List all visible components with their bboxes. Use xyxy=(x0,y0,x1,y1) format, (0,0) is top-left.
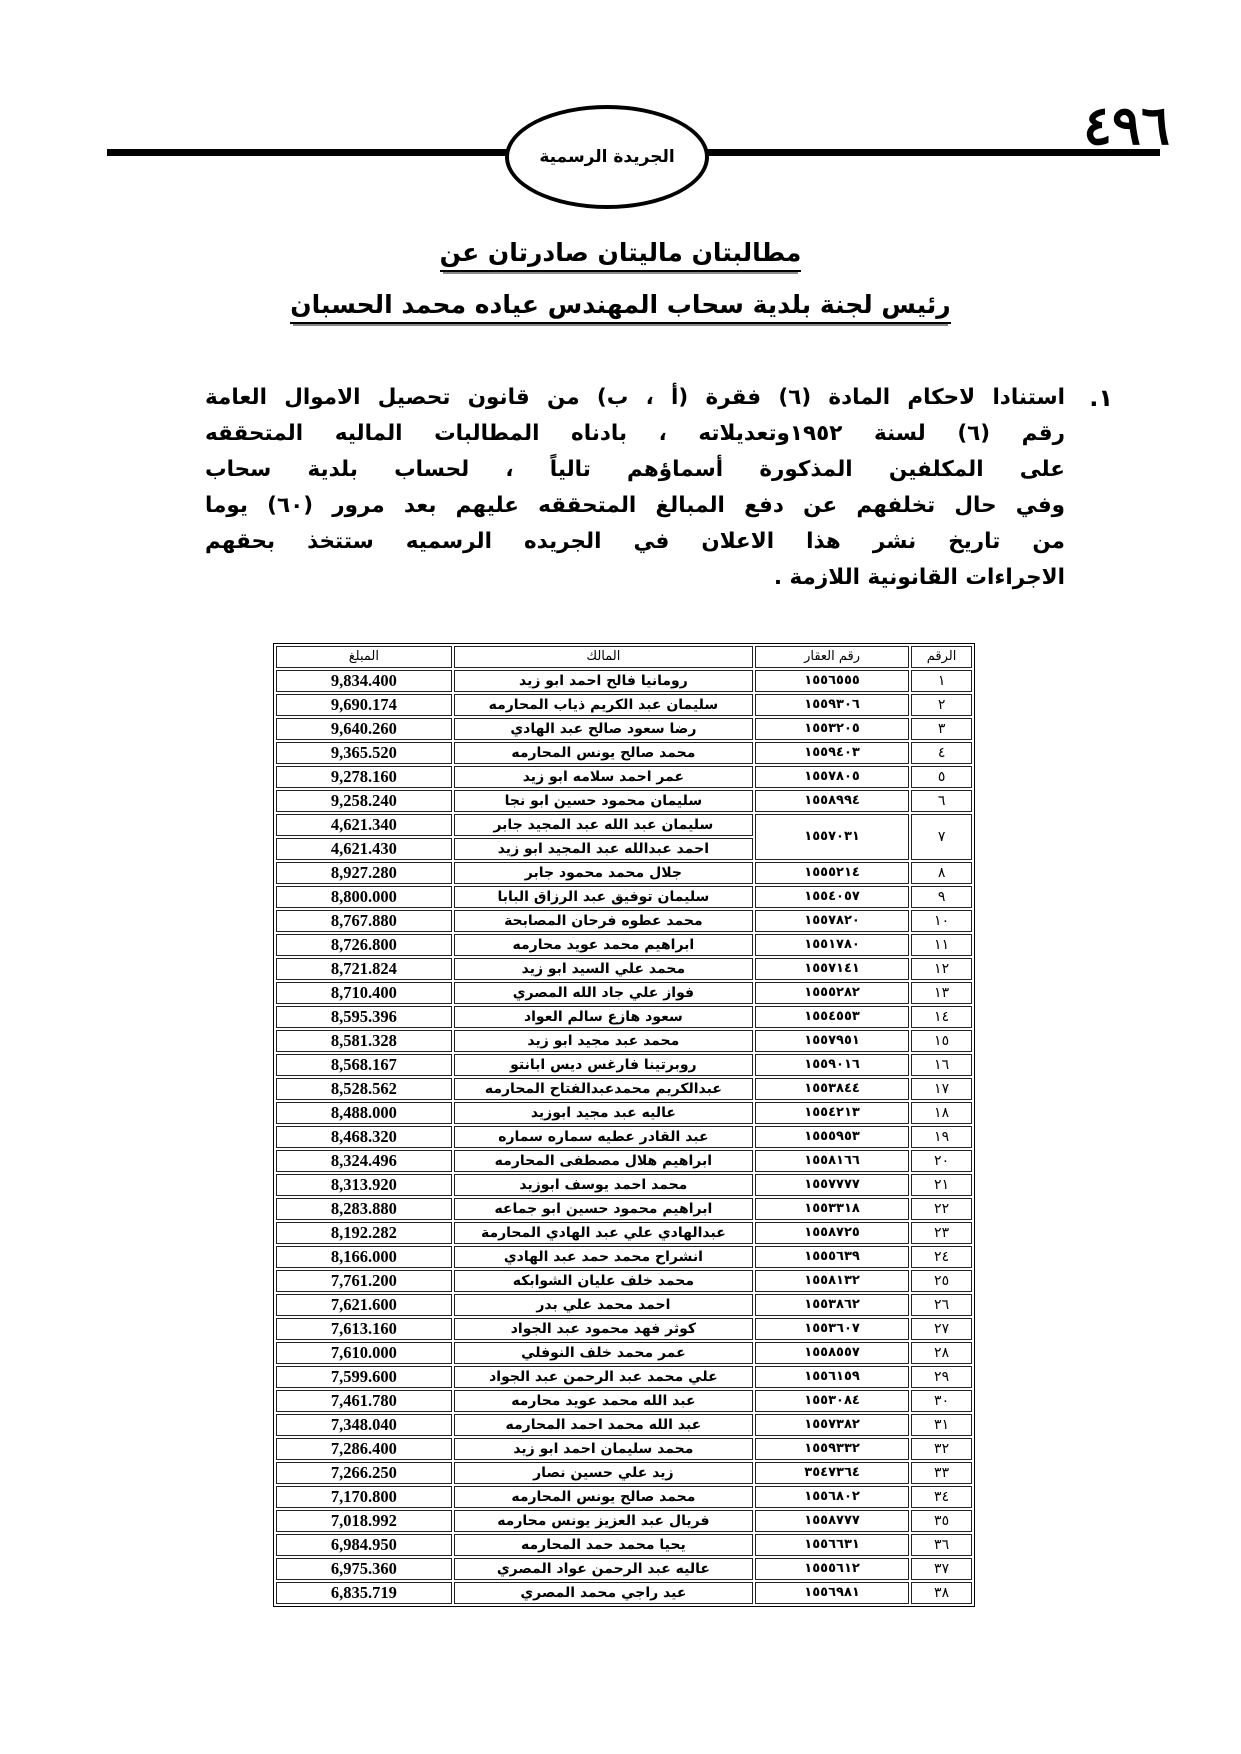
cell-amount: 8,192.282 xyxy=(276,1222,452,1244)
cell-parcel-number: ١٥٥٣٠٨٤ xyxy=(755,1390,909,1412)
table-row: ١١٥٥٦٥٥٥رومانيا فالح احمد ابو زيد9,834.4… xyxy=(276,670,972,692)
table-row: ٣٨١٥٥٦٩٨١عيد راجي محمد المصري6,835.719 xyxy=(276,1582,972,1604)
cell-index: ٣٢ xyxy=(911,1438,972,1460)
gazette-header-badge: الجريدة الرسمية xyxy=(505,105,709,209)
cell-parcel-number: ١٥٥٨١٦٦ xyxy=(755,1150,909,1172)
table-row: ٢٣١٥٥٨٧٢٥عبدالهادي علي عبد الهادي المحار… xyxy=(276,1222,972,1244)
cell-index: ١٢ xyxy=(911,958,972,980)
cell-owner: محمد سليمان احمد ابو زيد xyxy=(454,1438,753,1460)
cell-parcel-number: ١٥٥٨٩٩٤ xyxy=(755,790,909,812)
cell-owner: رومانيا فالح احمد ابو زيد xyxy=(454,670,753,692)
cell-parcel-number: ١٥٥٥٦٣٩ xyxy=(755,1246,909,1268)
cell-parcel-number: ١٥٥٥٦١٢ xyxy=(755,1558,909,1580)
claims-table: الرقم رقم العقار المالك المبلغ ١١٥٥٦٥٥٥ر… xyxy=(273,643,975,1607)
cell-amount: 7,266.250 xyxy=(276,1462,452,1484)
table-row: ٣٢١٥٥٩٣٣٢محمد سليمان احمد ابو زيد7,286.4… xyxy=(276,1438,972,1460)
table-row: ١٢١٥٥٧١٤١محمد علي السيد ابو زيد8,721.824 xyxy=(276,958,972,980)
cell-index: ١٤ xyxy=(911,1006,972,1028)
title-line-2: رئيس لجنة بلدية سحاب المهندس عياده محمد … xyxy=(290,290,950,324)
cell-amount: 8,488.000 xyxy=(276,1102,452,1124)
cell-parcel-number: ١٥٥٦٦٣١ xyxy=(755,1534,909,1556)
cell-parcel-number: ١٥٥٣٣١٨ xyxy=(755,1198,909,1220)
cell-amount: 7,461.780 xyxy=(276,1390,452,1412)
cell-amount: 7,018.992 xyxy=(276,1510,452,1532)
cell-amount: 4,621.430 xyxy=(276,838,452,860)
cell-index: ٣٥ xyxy=(911,1510,972,1532)
claims-table-body: ١١٥٥٦٥٥٥رومانيا فالح احمد ابو زيد9,834.4… xyxy=(276,670,972,1604)
cell-amount: 8,568.167 xyxy=(276,1054,452,1076)
cell-parcel-number: ١٥٥٧٣٨٢ xyxy=(755,1414,909,1436)
cell-index: ٥ xyxy=(911,766,972,788)
cell-index: ٢١ xyxy=(911,1174,972,1196)
cell-amount: 7,348.040 xyxy=(276,1414,452,1436)
cell-amount: 8,927.280 xyxy=(276,862,452,884)
cell-index: ٣٦ xyxy=(911,1534,972,1556)
cell-index: ١٧ xyxy=(911,1078,972,1100)
cell-amount: 8,313.920 xyxy=(276,1174,452,1196)
table-row: ١٤١٥٥٤٥٥٣سعود هازع سالم العواد8,595.396 xyxy=(276,1006,972,1028)
table-row: ٣٣٣٥٤٧٣٦٤زيد علي حسين نصار7,266.250 xyxy=(276,1462,972,1484)
table-row: ٢٦١٥٥٣٨٦٢احمد محمد علي بدر7,621.600 xyxy=(276,1294,972,1316)
cell-index: ٣٨ xyxy=(911,1582,972,1604)
cell-index: ٢٤ xyxy=(911,1246,972,1268)
table-row: ٢٧١٥٥٣٦٠٧كوثر فهد محمود عبد الجواد7,613.… xyxy=(276,1318,972,1340)
cell-index: ٢٩ xyxy=(911,1366,972,1388)
table-row: ٣٤١٥٥٦٨٠٢محمد صالح يونس المحارمه7,170.80… xyxy=(276,1486,972,1508)
cell-amount: 9,258.240 xyxy=(276,790,452,812)
cell-owner: ابراهيم محمد عويد محارمه xyxy=(454,934,753,956)
cell-parcel-number: ١٥٥٥٩٥٣ xyxy=(755,1126,909,1148)
cell-parcel-number: ١٥٥٥٢٨٢ xyxy=(755,982,909,1004)
cell-parcel-number: ١٥٥٤٢١٣ xyxy=(755,1102,909,1124)
cell-parcel-number: ١٥٥٦١٥٩ xyxy=(755,1366,909,1388)
cell-owner: عبد الله محمد احمد المحارمه xyxy=(454,1414,753,1436)
table-row: ٣٧١٥٥٥٦١٢عاليه عبد الرحمن عواد المصري6,9… xyxy=(276,1558,972,1580)
cell-amount: 8,721.824 xyxy=(276,958,452,980)
table-row: ٢٥١٥٥٨١٣٢محمد خلف عليان الشوابكه7,761.20… xyxy=(276,1270,972,1292)
gazette-header-label: الجريدة الرسمية xyxy=(539,147,674,167)
cell-parcel-number: ١٥٥٥٢١٤ xyxy=(755,862,909,884)
paragraph-number: ١. xyxy=(1089,380,1113,416)
table-row: ٢٨١٥٥٨٥٥٧عمر محمد خلف النوفلي7,610.000 xyxy=(276,1342,972,1364)
cell-owner: عيد راجي محمد المصري xyxy=(454,1582,753,1604)
cell-parcel-number: ١٥٥٧٩٥١ xyxy=(755,1030,909,1052)
cell-index: ٦ xyxy=(911,790,972,812)
cell-amount: 8,726.800 xyxy=(276,934,452,956)
cell-amount: 8,710.400 xyxy=(276,982,452,1004)
cell-index: ١٣ xyxy=(911,982,972,1004)
cell-owner: محمد احمد يوسف ابوزيد xyxy=(454,1174,753,1196)
cell-amount: 7,761.200 xyxy=(276,1270,452,1292)
cell-index: ٣٤ xyxy=(911,1486,972,1508)
table-row: ١٦١٥٥٩٠١٦روبرتينا فارغس ديس ابانتو8,568.… xyxy=(276,1054,972,1076)
cell-parcel-number: ١٥٥٣٨٤٤ xyxy=(755,1078,909,1100)
table-row: ٢١٥٥٩٣٠٦سليمان عبد الكريم ذياب المحارمه9… xyxy=(276,694,972,716)
cell-parcel-number: ١٥٥٨٥٥٧ xyxy=(755,1342,909,1364)
cell-index: ٢٦ xyxy=(911,1294,972,1316)
cell-parcel-number: ١٥٥٨١٣٢ xyxy=(755,1270,909,1292)
cell-parcel-number: ١٥٥٧٠٣١ xyxy=(755,814,909,860)
cell-owner: عبد القادر عطيه سماره سماره xyxy=(454,1126,753,1148)
cell-parcel-number: ١٥٥٧٨٢٠ xyxy=(755,910,909,932)
cell-owner: سليمان توفيق عبد الرزاق البابا xyxy=(454,886,753,908)
table-row: ٢١١٥٥٧٧٧٧محمد احمد يوسف ابوزيد8,313.920 xyxy=(276,1174,972,1196)
cell-index: ٨ xyxy=(911,862,972,884)
cell-owner: محمد خلف عليان الشوابكه xyxy=(454,1270,753,1292)
cell-index: ٣٣ xyxy=(911,1462,972,1484)
cell-owner: سليمان عبد الله عبد المجيد جابر xyxy=(454,814,753,836)
table-row: ٣٠١٥٥٣٠٨٤عبد الله محمد عويد محارمه7,461.… xyxy=(276,1390,972,1412)
cell-amount: 8,595.396 xyxy=(276,1006,452,1028)
cell-parcel-number: ١٥٥٩٠١٦ xyxy=(755,1054,909,1076)
cell-parcel-number: ١٥٥٩٣٠٦ xyxy=(755,694,909,716)
cell-amount: 8,800.000 xyxy=(276,886,452,908)
cell-index: ٤ xyxy=(911,742,972,764)
cell-owner: محمد عطوه فرحان المصابحة xyxy=(454,910,753,932)
cell-owner: رضا سعود صالح عبد الهادي xyxy=(454,718,753,740)
cell-amount: 9,365.520 xyxy=(276,742,452,764)
cell-index: ٣ xyxy=(911,718,972,740)
cell-owner: عبد الله محمد عويد محارمه xyxy=(454,1390,753,1412)
table-row: ٣٦١٥٥٦٦٣١يحيا محمد حمد المحارمه6,984.950 xyxy=(276,1534,972,1556)
paragraph-line: وفي حال تخلفهم عن دفع المبالغ المتحققه ع… xyxy=(205,488,1065,524)
paragraph-line: الاجراءات القانونية اللازمة . xyxy=(205,560,1065,596)
cell-owner: ابراهيم محمود حسين ابو جماعه xyxy=(454,1198,753,1220)
cell-parcel-number: ١٥٥٣٢٠٥ xyxy=(755,718,909,740)
cell-parcel-number: ١٥٥٩٤٠٣ xyxy=(755,742,909,764)
header-owner: المالك xyxy=(454,646,753,668)
table-row: ٤١٥٥٩٤٠٣محمد صالح يونس المحارمه9,365.520 xyxy=(276,742,972,764)
header-index: الرقم xyxy=(911,646,972,668)
cell-owner: يحيا محمد حمد المحارمه xyxy=(454,1534,753,1556)
cell-index: ١٨ xyxy=(911,1102,972,1124)
cell-owner: عبدالهادي علي عبد الهادي المحارمة xyxy=(454,1222,753,1244)
cell-amount: 4,621.340 xyxy=(276,814,452,836)
cell-amount: 9,640.260 xyxy=(276,718,452,740)
cell-parcel-number: ٣٥٤٧٣٦٤ xyxy=(755,1462,909,1484)
cell-owner: عاليه عبد مجيد ابوزيد xyxy=(454,1102,753,1124)
table-row: ١٥١٥٥٧٩٥١محمد عبد مجيد ابو زيد8,581.328 xyxy=(276,1030,972,1052)
cell-index: ٩ xyxy=(911,886,972,908)
table-row: ٢٢١٥٥٣٣١٨ابراهيم محمود حسين ابو جماعه8,2… xyxy=(276,1198,972,1220)
table-header-row: الرقم رقم العقار المالك المبلغ xyxy=(276,646,972,668)
cell-index: ١ xyxy=(911,670,972,692)
cell-index: ٧ xyxy=(911,814,972,860)
cell-amount: 8,528.562 xyxy=(276,1078,452,1100)
cell-parcel-number: ١٥٥٤٠٥٧ xyxy=(755,886,909,908)
cell-index: ٢٢ xyxy=(911,1198,972,1220)
cell-owner: عبدالكريم محمدعبدالفتاح المحارمه xyxy=(454,1078,753,1100)
cell-parcel-number: ١٥٥٤٥٥٣ xyxy=(755,1006,909,1028)
cell-owner: سليمان عبد الكريم ذياب المحارمه xyxy=(454,694,753,716)
cell-owner: محمد صالح يونس المحارمه xyxy=(454,742,753,764)
cell-owner: محمد صالح يونس المحارمه xyxy=(454,1486,753,1508)
cell-amount: 6,984.950 xyxy=(276,1534,452,1556)
cell-owner: ابراهيم هلال مصطفى المحارمه xyxy=(454,1150,753,1172)
cell-parcel-number: ١٥٥٨٧٧٧ xyxy=(755,1510,909,1532)
cell-owner: احمد عبدالله عبد المجيد ابو زيد xyxy=(454,838,753,860)
cell-owner: روبرتينا فارغس ديس ابانتو xyxy=(454,1054,753,1076)
cell-index: ٢٥ xyxy=(911,1270,972,1292)
table-row: ٧١٥٥٧٠٣١سليمان عبد الله عبد المجيد جابر4… xyxy=(276,814,972,836)
cell-index: ٢٠ xyxy=(911,1150,972,1172)
paragraph-line: من تاريخ نشر هذا الاعلان في الجريده الرس… xyxy=(205,524,1065,560)
header-parcel: رقم العقار xyxy=(755,646,909,668)
cell-owner: فواز علي جاد الله المصري xyxy=(454,982,753,1004)
cell-amount: 6,835.719 xyxy=(276,1582,452,1604)
cell-index: ٣١ xyxy=(911,1414,972,1436)
cell-amount: 8,166.000 xyxy=(276,1246,452,1268)
cell-amount: 8,581.328 xyxy=(276,1030,452,1052)
cell-index: ٣٧ xyxy=(911,1558,972,1580)
cell-parcel-number: ١٥٥٦٨٠٢ xyxy=(755,1486,909,1508)
table-row: ١٩١٥٥٥٩٥٣عبد القادر عطيه سماره سماره8,46… xyxy=(276,1126,972,1148)
cell-owner: علي محمد عبد الرحمن عبد الجواد xyxy=(454,1366,753,1388)
cell-owner: عاليه عبد الرحمن عواد المصري xyxy=(454,1558,753,1580)
paragraph-line: على المكلفين المذكورة أسماؤهم تالياً ، ل… xyxy=(205,452,1065,488)
table-row: ٨١٥٥٥٢١٤جلال محمد محمود جابر8,927.280 xyxy=(276,862,972,884)
cell-parcel-number: ١٥٥٦٥٥٥ xyxy=(755,670,909,692)
cell-owner: عمر احمد سلامه ابو زيد xyxy=(454,766,753,788)
cell-amount: 6,975.360 xyxy=(276,1558,452,1580)
cell-index: ١٠ xyxy=(911,910,972,932)
cell-amount: 7,621.600 xyxy=(276,1294,452,1316)
cell-amount: 8,767.880 xyxy=(276,910,452,932)
cell-index: ١٩ xyxy=(911,1126,972,1148)
cell-index: ١٦ xyxy=(911,1054,972,1076)
cell-parcel-number: ١٥٥٨٧٢٥ xyxy=(755,1222,909,1244)
table-row: ١٣١٥٥٥٢٨٢فواز علي جاد الله المصري8,710.4… xyxy=(276,982,972,1004)
table-row: ٥١٥٥٧٨٠٥عمر احمد سلامه ابو زيد9,278.160 xyxy=(276,766,972,788)
table-row: ١٠١٥٥٧٨٢٠محمد عطوه فرحان المصابحة8,767.8… xyxy=(276,910,972,932)
notice-paragraph: ١. استنادا لاحكام المادة (٦) فقرة (أ ، ب… xyxy=(205,380,1065,596)
table-row: ١٨١٥٥٤٢١٣عاليه عبد مجيد ابوزيد8,488.000 xyxy=(276,1102,972,1124)
table-row: ٢٠١٥٥٨١٦٦ابراهيم هلال مصطفى المحارمه8,32… xyxy=(276,1150,972,1172)
paragraph-line: رقم (٦) لسنة ١٩٥٢وتعديلاته ، بادناه المط… xyxy=(205,416,1065,452)
cell-owner: سليمان محمود حسين ابو نجا xyxy=(454,790,753,812)
cell-owner: عمر محمد خلف النوفلي xyxy=(454,1342,753,1364)
cell-parcel-number: ١٥٥٩٣٣٢ xyxy=(755,1438,909,1460)
cell-amount: 7,286.400 xyxy=(276,1438,452,1460)
cell-amount: 7,610.000 xyxy=(276,1342,452,1364)
document-title: مطالبتان ماليتان صادرتان عن xyxy=(0,238,1241,267)
cell-amount: 7,599.600 xyxy=(276,1366,452,1388)
document-subtitle: رئيس لجنة بلدية سحاب المهندس عياده محمد … xyxy=(0,290,1241,319)
cell-owner: زيد علي حسين نصار xyxy=(454,1462,753,1484)
cell-parcel-number: ١٥٥٧١٤١ xyxy=(755,958,909,980)
cell-index: ٢ xyxy=(911,694,972,716)
cell-index: ٢٣ xyxy=(911,1222,972,1244)
cell-index: ١١ xyxy=(911,934,972,956)
table-row: ٣١١٥٥٧٣٨٢عبد الله محمد احمد المحارمه7,34… xyxy=(276,1414,972,1436)
page-number: ٤٩٦ xyxy=(1080,95,1170,155)
cell-amount: 9,278.160 xyxy=(276,766,452,788)
cell-parcel-number: ١٥٥٦٩٨١ xyxy=(755,1582,909,1604)
cell-parcel-number: ١٥٥٣٨٦٢ xyxy=(755,1294,909,1316)
cell-amount: 7,613.160 xyxy=(276,1318,452,1340)
paragraph-line: استنادا لاحكام المادة (٦) فقرة (أ ، ب) م… xyxy=(205,380,1065,416)
table-row: ٩١٥٥٤٠٥٧سليمان توفيق عبد الرزاق البابا8,… xyxy=(276,886,972,908)
cell-owner: محمد علي السيد ابو زيد xyxy=(454,958,753,980)
table-row: ٦١٥٥٨٩٩٤سليمان محمود حسين ابو نجا9,258.2… xyxy=(276,790,972,812)
cell-owner: كوثر فهد محمود عبد الجواد xyxy=(454,1318,753,1340)
cell-owner: فريال عبد العزيز يونس محارمه xyxy=(454,1510,753,1532)
cell-amount: 8,468.320 xyxy=(276,1126,452,1148)
cell-parcel-number: ١٥٥٧٨٠٥ xyxy=(755,766,909,788)
cell-amount: 9,834.400 xyxy=(276,670,452,692)
cell-index: ١٥ xyxy=(911,1030,972,1052)
cell-owner: سعود هازع سالم العواد xyxy=(454,1006,753,1028)
cell-parcel-number: ١٥٥١٧٨٠ xyxy=(755,934,909,956)
table-row: ١١١٥٥١٧٨٠ابراهيم محمد عويد محارمه8,726.8… xyxy=(276,934,972,956)
cell-index: ٢٨ xyxy=(911,1342,972,1364)
cell-owner: جلال محمد محمود جابر xyxy=(454,862,753,884)
cell-amount: 7,170.800 xyxy=(276,1486,452,1508)
table-row: ٢٤١٥٥٥٦٣٩انشراح محمد حمد عبد الهادي8,166… xyxy=(276,1246,972,1268)
table-row: ٢٩١٥٥٦١٥٩علي محمد عبد الرحمن عبد الجواد7… xyxy=(276,1366,972,1388)
table-row: ٣١٥٥٣٢٠٥رضا سعود صالح عبد الهادي9,640.26… xyxy=(276,718,972,740)
header-amount: المبلغ xyxy=(276,646,452,668)
cell-amount: 8,324.496 xyxy=(276,1150,452,1172)
cell-parcel-number: ١٥٥٧٧٧٧ xyxy=(755,1174,909,1196)
cell-index: ٢٧ xyxy=(911,1318,972,1340)
cell-amount: 9,690.174 xyxy=(276,694,452,716)
cell-owner: انشراح محمد حمد عبد الهادي xyxy=(454,1246,753,1268)
table-row: ١٧١٥٥٣٨٤٤عبدالكريم محمدعبدالفتاح المحارم… xyxy=(276,1078,972,1100)
cell-owner: محمد عبد مجيد ابو زيد xyxy=(454,1030,753,1052)
title-line-1: مطالبتان ماليتان صادرتان عن xyxy=(440,238,802,272)
cell-owner: احمد محمد علي بدر xyxy=(454,1294,753,1316)
cell-parcel-number: ١٥٥٣٦٠٧ xyxy=(755,1318,909,1340)
table-row: ٣٥١٥٥٨٧٧٧فريال عبد العزيز يونس محارمه7,0… xyxy=(276,1510,972,1532)
cell-amount: 8,283.880 xyxy=(276,1198,452,1220)
cell-index: ٣٠ xyxy=(911,1390,972,1412)
